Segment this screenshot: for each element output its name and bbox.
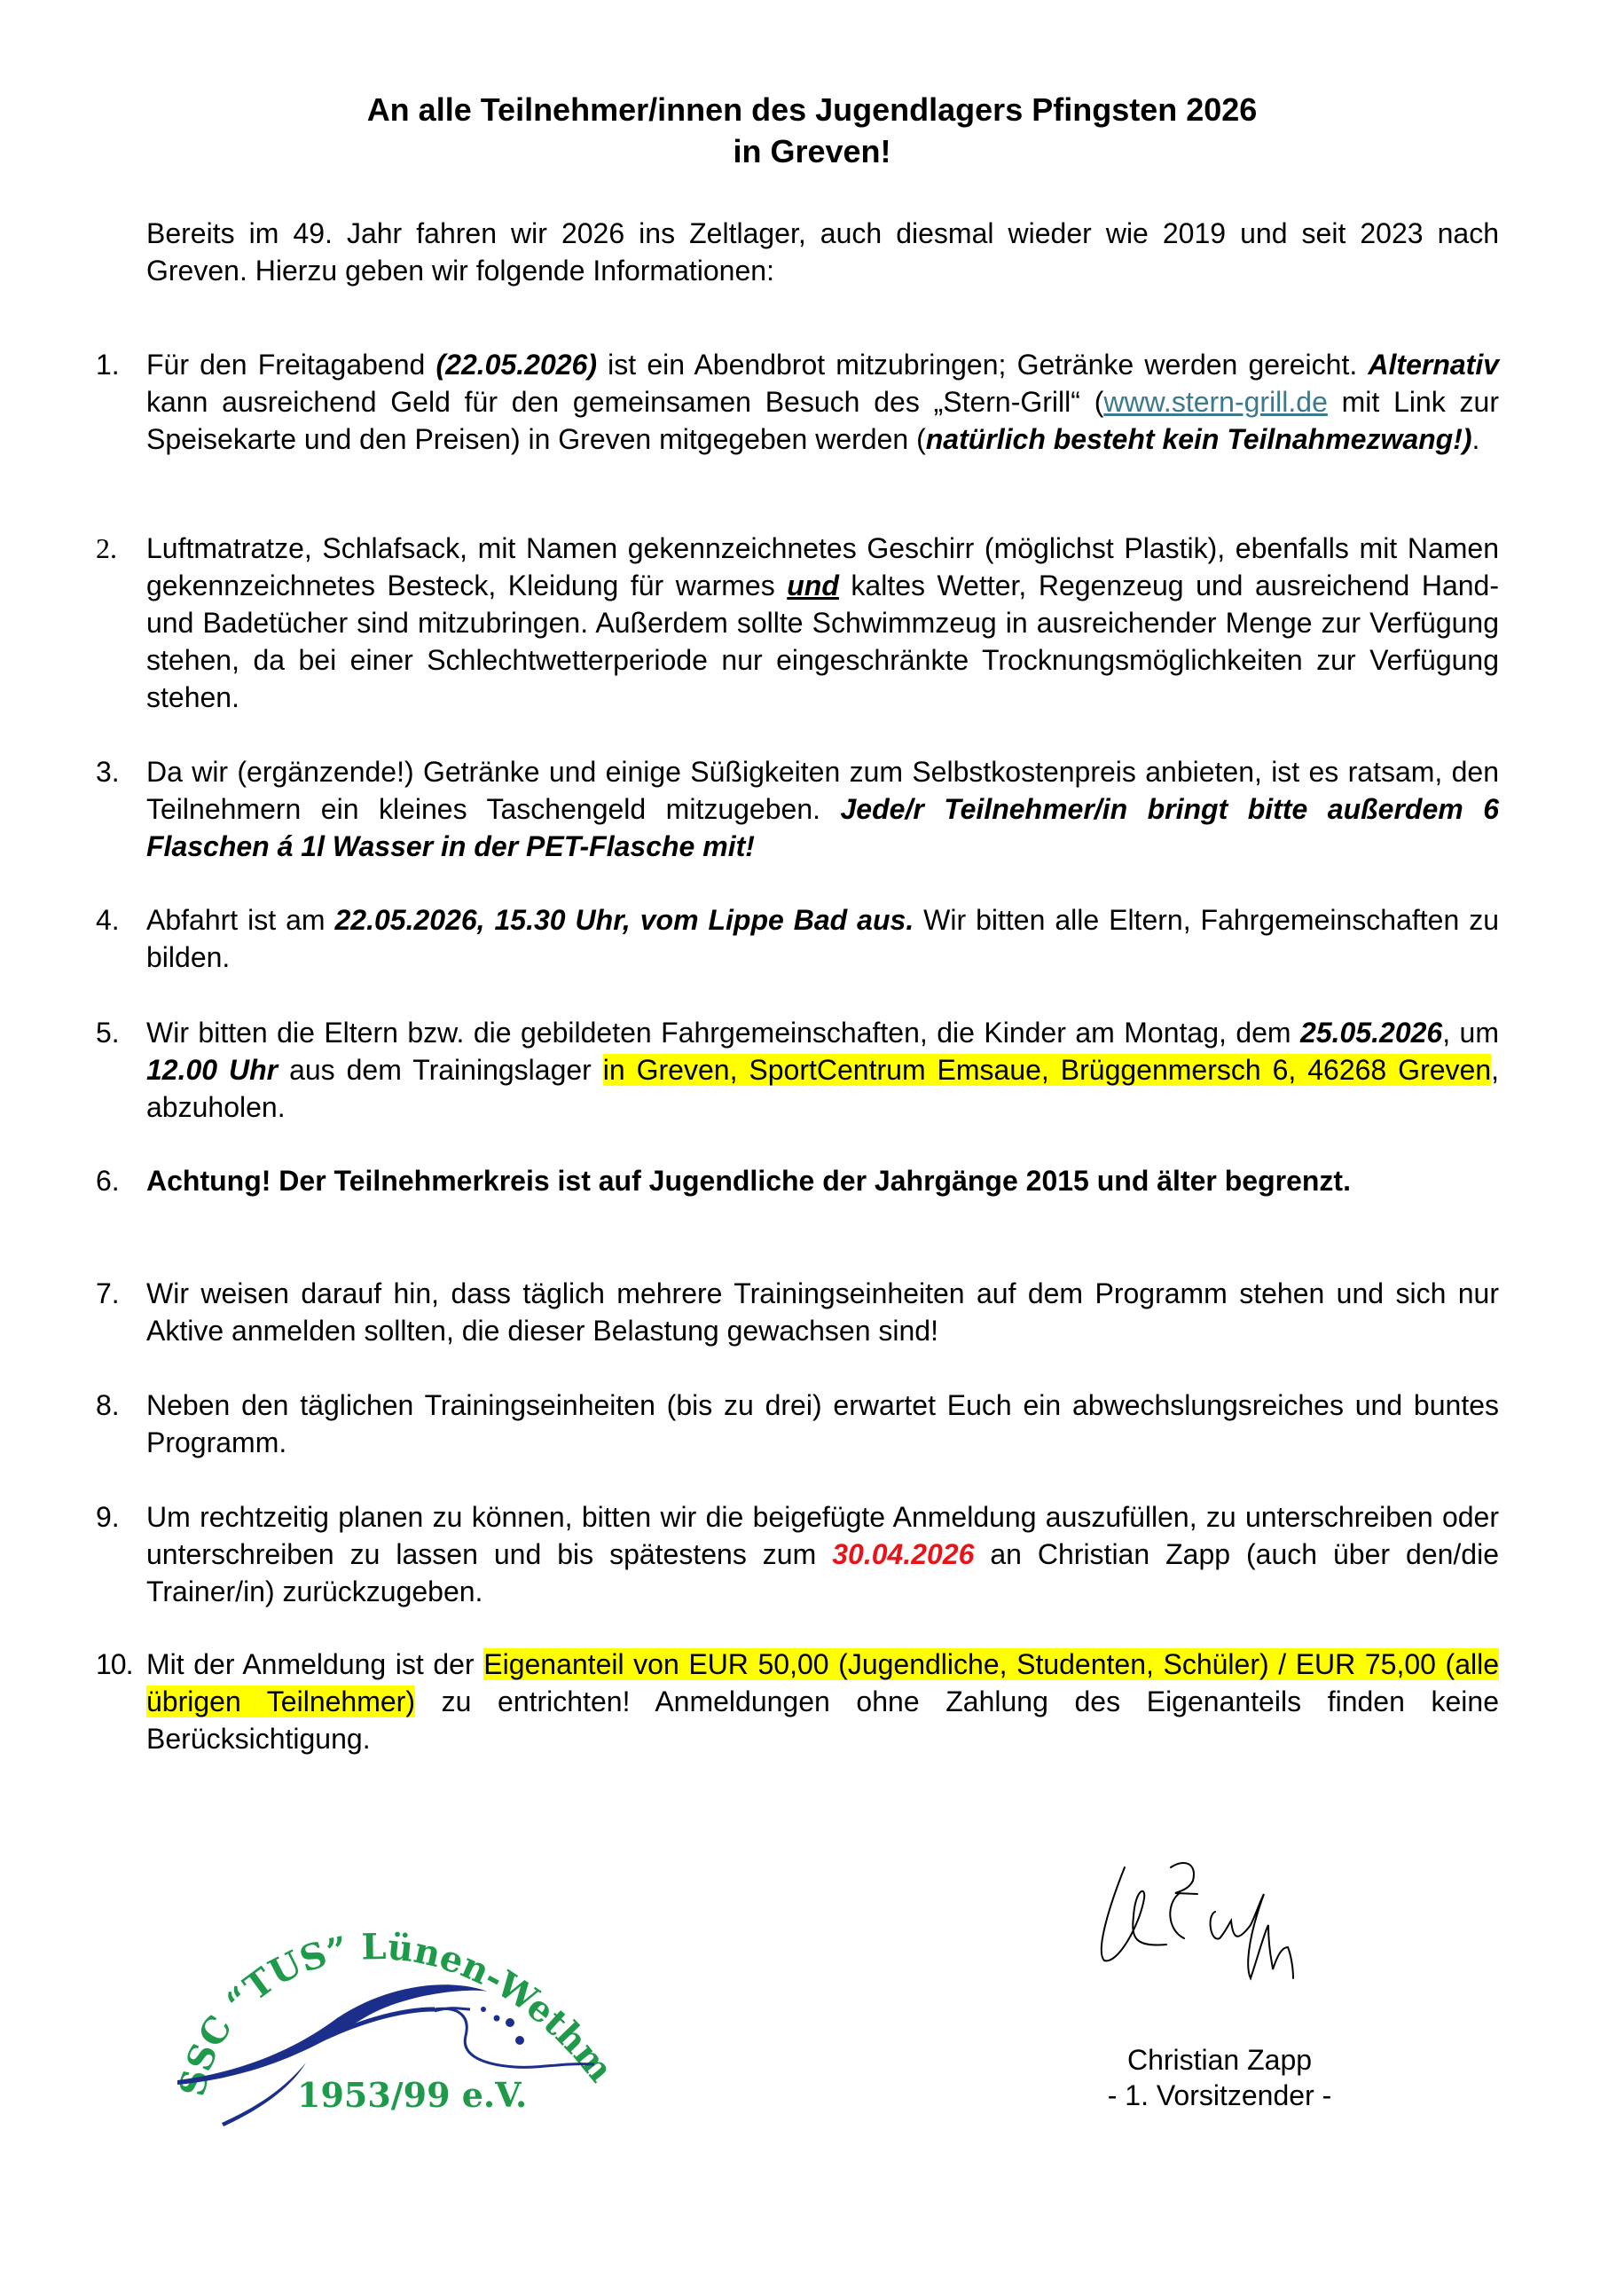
intro-paragraph: Bereits im 49. Jahr fahren wir 2026 ins …	[146, 215, 1499, 289]
item-number: 6.	[96, 1162, 146, 1199]
list-item-10: 10. Mit der Anmeldung ist der Eigenantei…	[96, 1646, 1499, 1757]
item-text: Neben den täglichen Trainingseinheiten (…	[146, 1387, 1499, 1461]
item-text: Achtung! Der Teilnehmerkreis ist auf Jug…	[146, 1162, 1499, 1199]
list-item-5: 5. Wir bitten die Eltern bzw. die gebild…	[96, 1014, 1499, 1126]
date-friday: (22.05.2026)	[436, 349, 597, 381]
item-text: Wir bitten die Eltern bzw. die gebildete…	[146, 1014, 1499, 1126]
signer-role: - 1. Vorsitzender -	[1020, 2078, 1419, 2113]
list-item-8: 8. Neben den täglichen Trainingseinheite…	[96, 1387, 1499, 1461]
list-item-1: 1. Für den Freitagabend (22.05.2026) ist…	[96, 346, 1499, 458]
departure-info: 22.05.2026, 15.30 Uhr, vom Lippe Bad aus…	[335, 904, 914, 936]
item-text: Um rechtzeitig planen zu können, bitten …	[146, 1498, 1499, 1610]
item-number: 10.	[96, 1646, 146, 1683]
item-text: Wir weisen darauf hin, dass täglich mehr…	[146, 1275, 1499, 1349]
list-item-7: 7. Wir weisen darauf hin, dass täglich m…	[96, 1275, 1499, 1349]
pickup-time: 12.00 Uhr	[146, 1054, 278, 1086]
alternativ-emphasis: Alternativ	[1368, 349, 1499, 381]
item-number: 2.	[96, 530, 146, 567]
list-item-3: 3. Da wir (ergänzende!) Getränke und ein…	[96, 753, 1499, 865]
und-emphasis: und	[787, 570, 839, 601]
club-logo: SSC “TUS” Lünen-Wethmar 1953/99 e.V.	[169, 1894, 630, 2142]
item-text: Da wir (ergänzende!) Getränke und einige…	[146, 753, 1499, 865]
list-item-6: 6. Achtung! Der Teilnehmerkreis ist auf …	[96, 1162, 1499, 1199]
item-text: Luftmatratze, Schlafsack, mit Namen geke…	[146, 530, 1499, 716]
item-number: 5.	[96, 1014, 146, 1051]
title-line-1: An alle Teilnehmer/innen des Jugendlager…	[0, 89, 1624, 130]
pickup-address-highlight: in Greven, SportCentrum Emsaue, Brüggenm…	[603, 1054, 1491, 1086]
deadline-date: 30.04.2026	[832, 1538, 974, 1570]
list-item-4: 4. Abfahrt ist am 22.05.2026, 15.30 Uhr,…	[96, 901, 1499, 976]
stern-grill-link[interactable]: www.stern-grill.de	[1103, 386, 1328, 418]
signer-name: Christian Zapp	[1020, 2042, 1419, 2078]
list-item-2: 2. Luftmatratze, Schlafsack, mit Namen g…	[96, 530, 1499, 716]
signature-image	[1091, 1854, 1322, 1996]
item-number: 9.	[96, 1498, 146, 1536]
pickup-date: 25.05.2026	[1300, 1017, 1442, 1049]
title-line-2: in Greven!	[0, 130, 1624, 172]
item-number: 8.	[96, 1387, 146, 1424]
document-title: An alle Teilnehmer/innen des Jugendlager…	[0, 89, 1624, 172]
item-text: Mit der Anmeldung ist der Eigenanteil vo…	[146, 1646, 1499, 1757]
no-obligation-note: natürlich besteht kein Teilnahmezwang!)	[926, 423, 1472, 455]
item-text: Für den Freitagabend (22.05.2026) ist ei…	[146, 346, 1499, 458]
item-number: 7.	[96, 1275, 146, 1312]
item-number: 1.	[96, 346, 146, 383]
list-item-9: 9. Um rechtzeitig planen zu können, bitt…	[96, 1498, 1499, 1610]
item-number: 4.	[96, 901, 146, 939]
item-text: Abfahrt ist am 22.05.2026, 15.30 Uhr, vo…	[146, 901, 1499, 976]
item-number: 3.	[96, 753, 146, 790]
logo-year-text: 1953/99 e.V.	[297, 2075, 527, 2115]
